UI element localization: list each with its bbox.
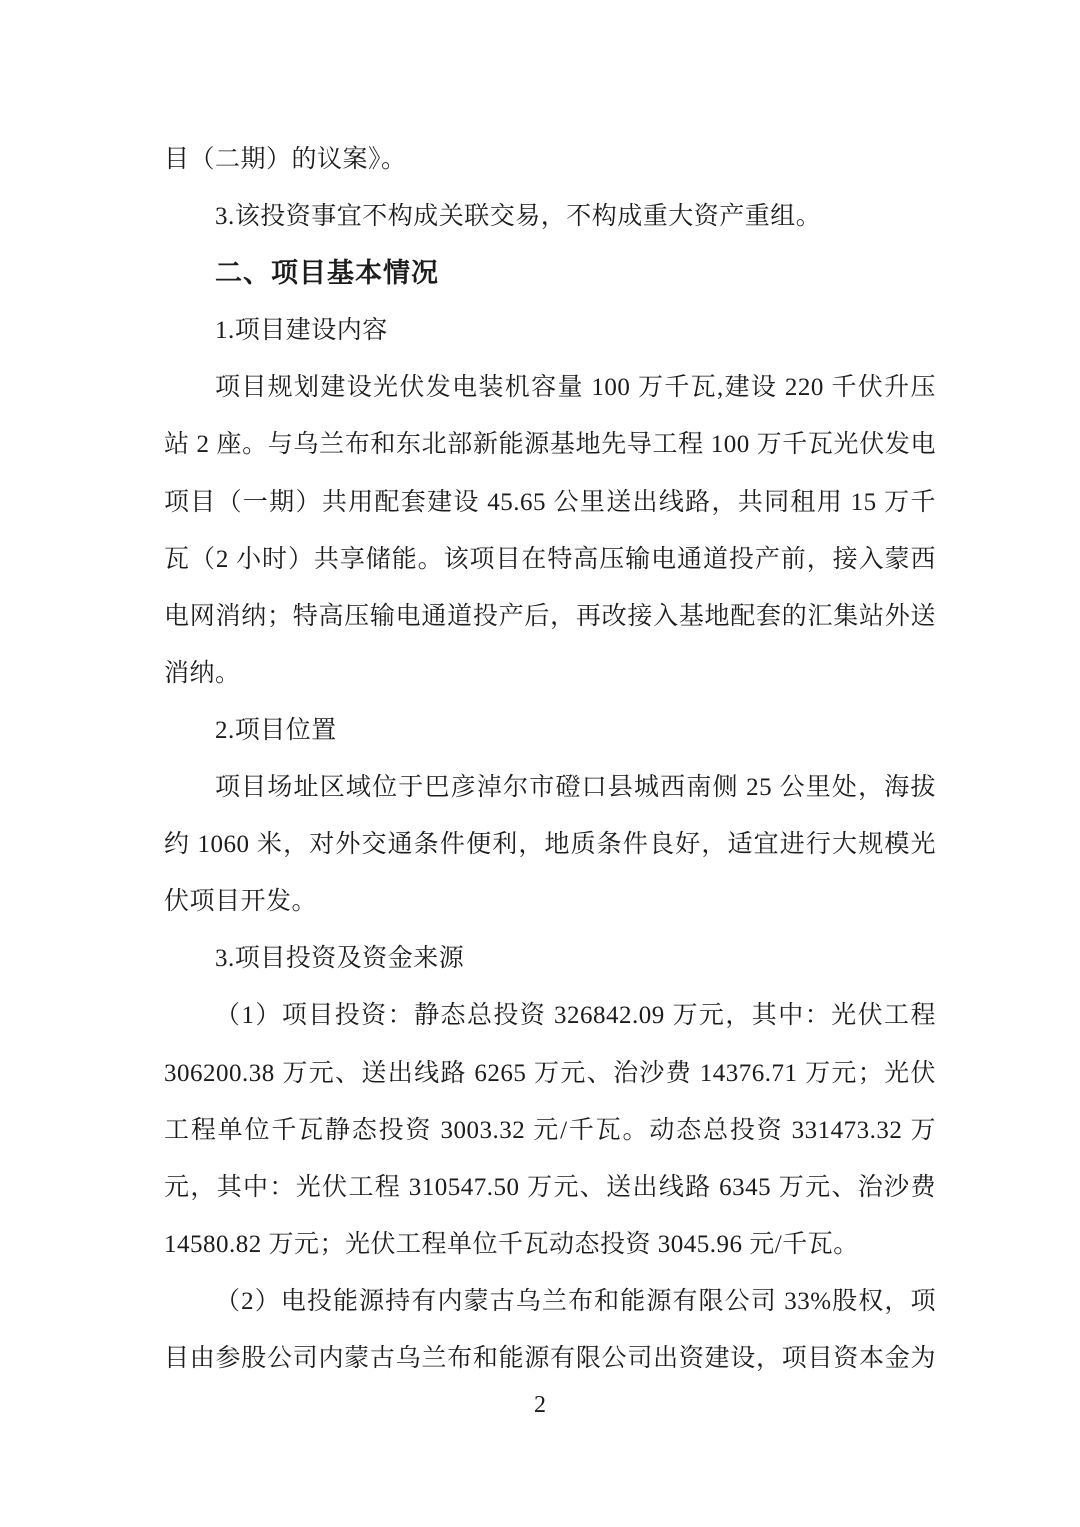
document-line: 站 2 座。与乌兰布和东北部新能源基地先导工程 100 万千瓦光伏发电 <box>164 416 936 473</box>
document-line: 元，其中：光伏工程 310547.50 万元、送出线路 6345 万元、治沙费 <box>164 1159 936 1216</box>
document-line: 约 1060 米，对外交通条件便利，地质条件良好，适宜进行大规模光 <box>164 816 936 873</box>
document-line: 项目（一期）共用配套建设 45.65 公里送出线路，共同租用 15 万千 <box>164 474 936 531</box>
document-body: 目（二期）的议案》。3.该投资事宜不构成关联交易，不构成重大资产重组。二、项目基… <box>164 131 936 1387</box>
section-heading: 二、项目基本情况 <box>164 245 936 302</box>
document-line: 工程单位千瓦静态投资 3003.32 元/千瓦。动态总投资 331473.32 … <box>164 1102 936 1159</box>
document-line: 消纳。 <box>164 645 936 702</box>
document-line: 2.项目位置 <box>164 702 936 759</box>
document-line: 14580.82 万元；光伏工程单位千瓦动态投资 3045.96 元/千瓦。 <box>164 1216 936 1273</box>
document-line: 瓦（2 小时）共享储能。该项目在特高压输电通道投产前，接入蒙西 <box>164 531 936 588</box>
document-line: 3.项目投资及资金来源 <box>164 930 936 987</box>
document-line: 电网消纳；特高压输电通道投产后，再改接入基地配套的汇集站外送 <box>164 588 936 645</box>
document-line: 306200.38 万元、送出线路 6265 万元、治沙费 14376.71 万… <box>164 1045 936 1102</box>
document-line: （2）电投能源持有内蒙古乌兰布和能源有限公司 33%股权，项 <box>164 1273 936 1330</box>
document-line: 项目场址区域位于巴彦淖尔市磴口县城西南侧 25 公里处，海拔 <box>164 759 936 816</box>
document-line: 伏项目开发。 <box>164 873 936 930</box>
document-line: （1）项目投资：静态总投资 326842.09 万元，其中：光伏工程 <box>164 987 936 1044</box>
document-line: 目（二期）的议案》。 <box>164 131 936 188</box>
document-line: 目由参股公司内蒙古乌兰布和能源有限公司出资建设，项目资本金为 <box>164 1330 936 1387</box>
document-page: 目（二期）的议案》。3.该投资事宜不构成关联交易，不构成重大资产重组。二、项目基… <box>0 0 1080 1527</box>
document-line: 1.项目建设内容 <box>164 302 936 359</box>
page-number: 2 <box>0 1390 1080 1420</box>
document-line: 3.该投资事宜不构成关联交易，不构成重大资产重组。 <box>164 188 936 245</box>
document-line: 项目规划建设光伏发电装机容量 100 万千瓦,建设 220 千伏升压 <box>164 359 936 416</box>
